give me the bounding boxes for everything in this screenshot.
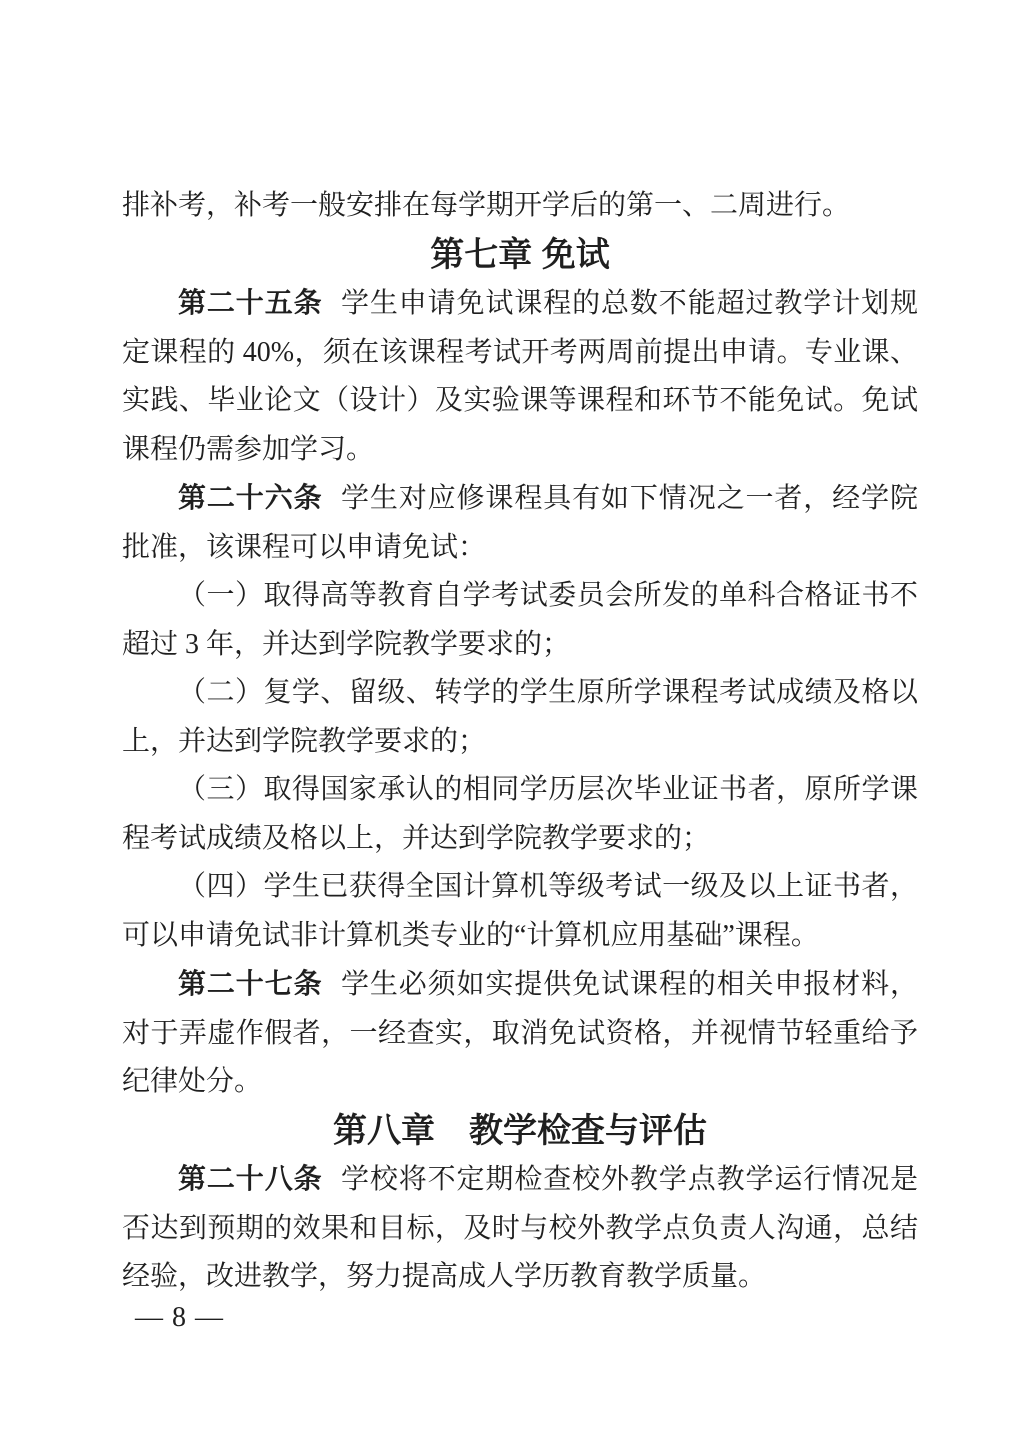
paragraph-text: （四）学生已获得全国计算机等级考试一级及以上证书者，可以申请免试非计算机类专业的… bbox=[122, 871, 918, 951]
document-page: 排补考，补考一般安排在每学期开学后的第一、二周进行。第七章 免试第二十五条学生申… bbox=[0, 0, 1024, 1448]
paragraph-text: （二）复学、留级、转学的学生原所学课程考试成绩及格以上，并达到学院教学要求的； bbox=[122, 677, 918, 757]
paragraph: 排补考，补考一般安排在每学期开学后的第一、二周进行。 bbox=[122, 182, 918, 231]
page-footer: — 8 — bbox=[135, 1300, 224, 1336]
paragraph: 第二十八条学校将不定期检查校外教学点教学运行情况是否达到预期的效果和目标，及时与… bbox=[122, 1155, 918, 1302]
paragraph: 第二十七条学生必须如实提供免试课程的相关申报材料，对于弄虚作假者，一经查实，取消… bbox=[122, 960, 918, 1107]
article-number: 第二十八条 bbox=[178, 1163, 322, 1194]
article-number: 第二十六条 bbox=[178, 482, 322, 513]
paragraph: （二）复学、留级、转学的学生原所学课程考试成绩及格以上，并达到学院教学要求的； bbox=[122, 669, 918, 766]
paragraph-text: 排补考，补考一般安排在每学期开学后的第一、二周进行。 bbox=[122, 190, 850, 221]
article-number: 第二十七条 bbox=[178, 968, 322, 999]
page-number: — 8 — bbox=[135, 1302, 224, 1333]
paragraph: （一）取得高等教育自学考试委员会所发的单科合格证书不超过 3 年，并达到学院教学… bbox=[122, 572, 918, 669]
paragraph: （四）学生已获得全国计算机等级考试一级及以上证书者，可以申请免试非计算机类专业的… bbox=[122, 863, 918, 960]
article-number: 第二十五条 bbox=[178, 287, 322, 318]
chapter-heading: 第八章 教学检查与评估 bbox=[122, 1107, 918, 1156]
paragraph-text: （三）取得国家承认的相同学历层次毕业证书者，原所学课程考试成绩及格以上，并达到学… bbox=[122, 774, 918, 854]
paragraph: 第二十五条学生申请免试课程的总数不能超过教学计划规定课程的 40%，须在该课程考… bbox=[122, 279, 918, 474]
paragraph: （三）取得国家承认的相同学历层次毕业证书者，原所学课程考试成绩及格以上，并达到学… bbox=[122, 766, 918, 863]
chapter-heading: 第七章 免试 bbox=[122, 231, 918, 280]
document-body: 排补考，补考一般安排在每学期开学后的第一、二周进行。第七章 免试第二十五条学生申… bbox=[122, 182, 918, 1302]
paragraph-text: （一）取得高等教育自学考试委员会所发的单科合格证书不超过 3 年，并达到学院教学… bbox=[122, 580, 918, 660]
paragraph: 第二十六条学生对应修课程具有如下情况之一者，经学院批准，该课程可以申请免试： bbox=[122, 474, 918, 572]
